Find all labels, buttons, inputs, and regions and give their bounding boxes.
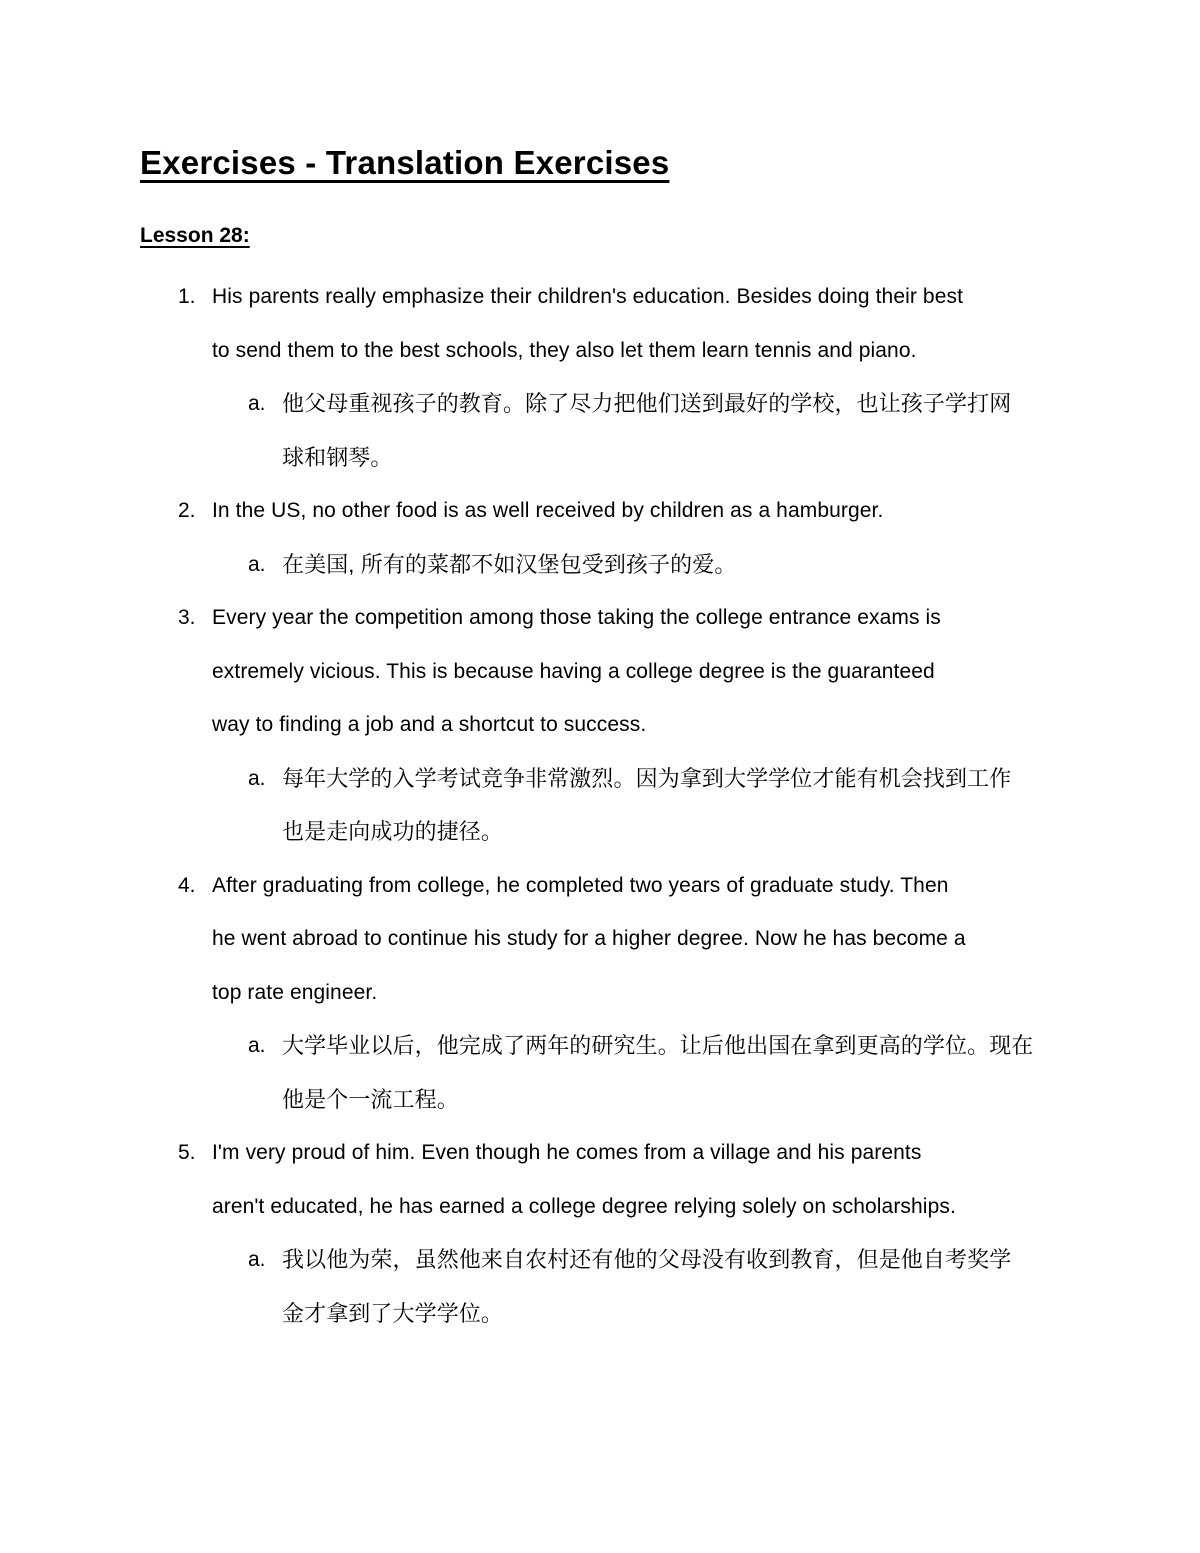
english-sentence-row: 3. Every year the competition among thos…	[140, 591, 1100, 752]
answer-label: a.	[248, 1019, 282, 1073]
exercise-item-3: 3. Every year the competition among thos…	[140, 591, 1100, 859]
english-sentence: After graduating from college, he comple…	[212, 859, 1100, 1020]
english-sentence-row: 1. His parents really emphasize their ch…	[140, 270, 1100, 377]
chinese-line: 他是个一流工程。	[282, 1073, 1100, 1127]
exercise-item-4: 4. After graduating from college, he com…	[140, 859, 1100, 1127]
chinese-line: 球和钢琴。	[282, 431, 1100, 485]
english-line: he went abroad to continue his study for…	[212, 912, 1100, 966]
item-number: 5.	[178, 1126, 212, 1180]
chinese-translation: 大学毕业以后，他完成了两年的研究生。让后他出国在拿到更高的学位。现在 他是个一流…	[282, 1019, 1100, 1126]
answer-label: a.	[248, 1233, 282, 1287]
chinese-line: 大学毕业以后，他完成了两年的研究生。让后他出国在拿到更高的学位。现在	[282, 1019, 1100, 1073]
english-sentence: In the US, no other food is as well rece…	[212, 484, 1100, 538]
english-sentence-row: 5. I'm very proud of him. Even though he…	[140, 1126, 1100, 1233]
chinese-answer-row: a. 他父母重视孩子的教育。除了尽力把他们送到最好的学校，也让孩子学打网 球和钢…	[140, 377, 1100, 484]
answer-label: a.	[248, 538, 282, 592]
english-line: to send them to the best schools, they a…	[212, 324, 1100, 378]
exercise-item-2: 2. In the US, no other food is as well r…	[140, 484, 1100, 591]
item-number: 1.	[178, 270, 212, 324]
exercise-list: 1. His parents really emphasize their ch…	[140, 270, 1100, 1340]
english-sentence-row: 4. After graduating from college, he com…	[140, 859, 1100, 1020]
english-sentence: I'm very proud of him. Even though he co…	[212, 1126, 1100, 1233]
english-sentence: Every year the competition among those t…	[212, 591, 1100, 752]
english-line: In the US, no other food is as well rece…	[212, 484, 1100, 538]
english-line: His parents really emphasize their child…	[212, 270, 1100, 324]
document-title: Exercises - Translation Exercises	[140, 142, 1100, 184]
chinese-line: 他父母重视孩子的教育。除了尽力把他们送到最好的学校，也让孩子学打网	[282, 377, 1100, 431]
chinese-line: 也是走向成功的捷径。	[282, 805, 1100, 859]
chinese-answer-row: a. 在美国, 所有的菜都不如汉堡包受到孩子的爱。	[140, 538, 1100, 592]
english-line: Every year the competition among those t…	[212, 591, 1100, 645]
lesson-heading: Lesson 28:	[140, 221, 1100, 251]
chinese-line: 我以他为荣，虽然他来自农村还有他的父母没有收到教育，但是他自考奖学	[282, 1233, 1100, 1287]
item-number: 3.	[178, 591, 212, 645]
document-page: Exercises - Translation Exercises Lesson…	[0, 0, 1200, 1553]
answer-label: a.	[248, 377, 282, 431]
english-line: I'm very proud of him. Even though he co…	[212, 1126, 1100, 1180]
chinese-answer-row: a. 我以他为荣，虽然他来自农村还有他的父母没有收到教育，但是他自考奖学 金才拿…	[140, 1233, 1100, 1340]
english-line: After graduating from college, he comple…	[212, 859, 1100, 913]
answer-label: a.	[248, 752, 282, 806]
chinese-line: 每年大学的入学考试竞争非常激烈。因为拿到大学学位才能有机会找到工作	[282, 752, 1100, 806]
chinese-line: 在美国, 所有的菜都不如汉堡包受到孩子的爱。	[282, 538, 1100, 592]
english-sentence-row: 2. In the US, no other food is as well r…	[140, 484, 1100, 538]
chinese-line: 金才拿到了大学学位。	[282, 1287, 1100, 1341]
english-line: aren't educated, he has earned a college…	[212, 1180, 1100, 1234]
english-line: extremely vicious. This is because havin…	[212, 645, 1100, 699]
chinese-translation: 在美国, 所有的菜都不如汉堡包受到孩子的爱。	[282, 538, 1100, 592]
chinese-translation: 我以他为荣，虽然他来自农村还有他的父母没有收到教育，但是他自考奖学 金才拿到了大…	[282, 1233, 1100, 1340]
item-number: 2.	[178, 484, 212, 538]
english-line: way to finding a job and a shortcut to s…	[212, 698, 1100, 752]
chinese-translation: 他父母重视孩子的教育。除了尽力把他们送到最好的学校，也让孩子学打网 球和钢琴。	[282, 377, 1100, 484]
chinese-answer-row: a. 每年大学的入学考试竞争非常激烈。因为拿到大学学位才能有机会找到工作 也是走…	[140, 752, 1100, 859]
item-number: 4.	[178, 859, 212, 913]
chinese-answer-row: a. 大学毕业以后，他完成了两年的研究生。让后他出国在拿到更高的学位。现在 他是…	[140, 1019, 1100, 1126]
exercise-item-1: 1. His parents really emphasize their ch…	[140, 270, 1100, 484]
chinese-translation: 每年大学的入学考试竞争非常激烈。因为拿到大学学位才能有机会找到工作 也是走向成功…	[282, 752, 1100, 859]
english-line: top rate engineer.	[212, 966, 1100, 1020]
exercise-item-5: 5. I'm very proud of him. Even though he…	[140, 1126, 1100, 1340]
english-sentence: His parents really emphasize their child…	[212, 270, 1100, 377]
